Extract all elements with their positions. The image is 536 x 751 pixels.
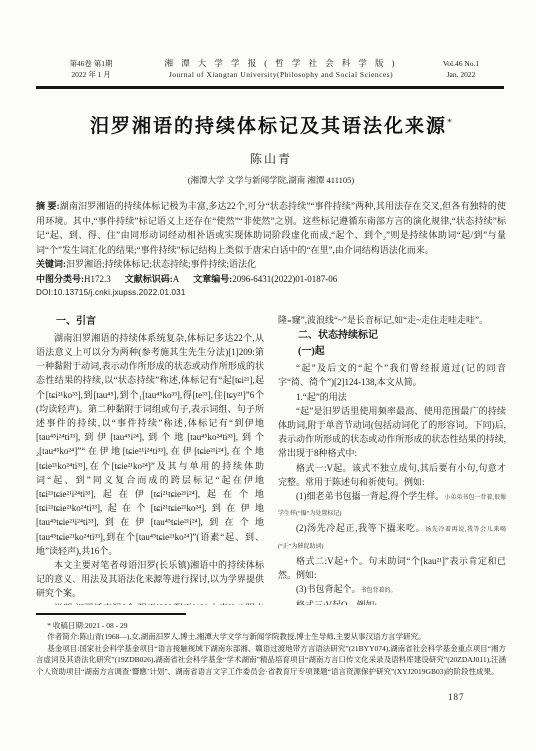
journal-header: 第46卷 第1期 2022 年 1 月 湘 潭 大 学 学 报 ( 哲 学 社 … <box>36 58 506 80</box>
footnote-funding: 基金项目:国家社会科学基金项目“语言接触视域下湖南东部湘、赣语过渡地带方言语法研… <box>36 643 506 678</box>
meta-line: 中图分类号:H172.3文献标识码:A文章编号:2096-6431(2022)0… <box>36 272 506 287</box>
header-issue-block: 第46卷 第1期 2022 年 1 月 <box>36 58 146 80</box>
left-paragraph-3: 说明:汨罗话声调6个,阴平[33],阳平[13],上声[24],阴去[45],阳… <box>36 601 264 605</box>
keywords-label: 关键词: <box>36 259 66 269</box>
left-paragraph-1: 湖南汨罗湘语的持续体系统复杂,体标记多达22个,从语法意义上可以分为两种(参考施… <box>36 331 264 558</box>
author-name: 陈山青 <box>36 150 506 167</box>
clc-value: H172.3 <box>84 274 111 284</box>
header-vol-block: Vol.46 No.1 Jan. 2022 <box>416 58 506 80</box>
footnote-mark: * <box>47 621 51 630</box>
example-3-gloss: 书包背着的。 <box>361 588 397 594</box>
right-paragraph-3: “起”是汨罗话里使用频率最高、使用范围最广的持续体助词,附于单音节动词(包括动词… <box>278 404 506 461</box>
footnote-rule <box>36 613 186 615</box>
title-footnote-mark: * <box>447 118 452 129</box>
section-1-heading: 一、引言 <box>36 315 264 329</box>
example-3: (3)书包背起个。书包背着的。 <box>278 582 506 598</box>
example-1: (1)细老弟书包㩡一背起,得个学生样。小弟弟书包一背着,很像学生样(“㩡”为处置… <box>278 489 506 521</box>
header-journal-block: 湘 潭 大 学 学 报 ( 哲 学 社 会 科 学 版 ) Journal of… <box>146 58 416 80</box>
body-columns: 一、引言 湖南汨罗湘语的持续体系统复杂,体标记多达22个,从语法意义上可以分为两… <box>36 313 506 605</box>
abstract-block: 摘 要:湖南汨罗湘语的持续体标记极为丰富,多达22个,可分“状态持续”“事件持续… <box>36 199 506 301</box>
journal-title-en: Journal of Xiangtan University(Philosoph… <box>146 69 416 80</box>
keywords-text: 汨罗湘语;持续体标记;状态持续;事件持续;语法化 <box>66 259 256 269</box>
right-column: 隆₌窿”,波浪线“~”是长音标记,如“走~走住走哇走哇”。 二、状态持续标记 (… <box>278 313 506 605</box>
journal-page: 第46卷 第1期 2022 年 1 月 湘 潭 大 学 学 报 ( 哲 学 社 … <box>0 0 536 751</box>
right-continuation: 隆₌窿”,波浪线“~”是长音标记,如“走~走住走哇走哇”。 <box>278 313 506 327</box>
doc-code-value: A <box>173 274 180 284</box>
received-date: 2021 - 08 - 29 <box>85 621 128 630</box>
page-number: 187 <box>448 692 465 702</box>
clc-label: 中图分类号: <box>36 274 84 284</box>
doc-code-label: 文献标识码: <box>125 274 173 284</box>
right-paragraph-2: 1.“起”的用法 <box>278 390 506 404</box>
date-en: Jan. 2022 <box>416 69 506 80</box>
right-paragraph-1: “起”及后文的“起个”我们曾经报道过(记的同音字“徛、徛个”)[2]124-13… <box>278 361 506 389</box>
journal-title-cn: 湘 潭 大 学 学 报 ( 哲 学 社 会 科 学 版 ) <box>146 58 416 69</box>
funding-text: 国家社会科学基金项目“语言接触视域下湖南东部湘、赣语过渡地带方言语法研究”(21… <box>36 644 506 676</box>
keywords-line: 关键词:汨罗湘语;持续体标记;状态持续;事件持续;语法化 <box>36 257 506 272</box>
author-affiliation: (湘潭大学 文学与新闻学院,湖南 湘潭 411105) <box>36 174 506 186</box>
bio-label: 作者简介: <box>47 632 79 641</box>
right-paragraph-4: 格式一:V起。该式不独立成句,其后要有小句,句意才完整。常用于陈述句和祈使句。例… <box>278 461 506 489</box>
section-2-heading: 二、状态持续标记 <box>278 329 506 343</box>
vol-en: Vol.46 No.1 <box>416 58 506 69</box>
bio-text: 陈山青(1968—),女,湖南汨罗人,博士,湘潭大学文学与新闻学院教授,博士生导… <box>79 632 425 641</box>
abstract-label: 摘 要: <box>36 201 60 211</box>
left-paragraph-2: 本文主要对笔者母语汨罗(长乐镇)湘语中的持续体标记的意义、用法及其语法化来源等进… <box>36 558 264 601</box>
funding-label: 基金项目: <box>47 644 79 653</box>
doi-line: DOI:10.13715/j.cnki.jxupss.2022.01.031 <box>36 286 506 301</box>
article-title: 汨罗湘语的持续体标记及其语法化来源 <box>90 111 447 138</box>
left-column: 一、引言 湖南汨罗湘语的持续体系统复杂,体标记多达22个,从语法意义上可以分为两… <box>36 313 264 605</box>
header-rule <box>36 86 504 89</box>
footnote-block: * 收稿日期:2021 - 08 - 29 作者简介:陈山青(1968—),女,… <box>36 613 506 677</box>
volume-issue: 第46卷 第1期 <box>36 58 146 69</box>
right-paragraph-6: 格式三:V起O。例如: <box>278 598 506 604</box>
subsection-heading: (一)起 <box>278 345 506 359</box>
article-id-value: 2096-6431(2022)01-0187-06 <box>232 274 337 284</box>
date-cn: 2022 年 1 月 <box>36 69 146 80</box>
received-label: 收稿日期: <box>53 621 85 630</box>
footnote-bio: 作者简介:陈山青(1968—),女,湖南汨罗人,博士,湘潭大学文学与新闻学院教授… <box>36 631 506 643</box>
example-2: (2)汤先冷起正,我等下㩡来吃。汤先冷着再说,我等会儿来喝(“正”为催促助词) <box>278 521 506 553</box>
right-paragraph-5: 格式二:V起+个。句末助词“个[kau²¹]”表示肯定和已然。例如: <box>278 554 506 582</box>
abstract-paragraph: 摘 要:湖南汨罗湘语的持续体标记极为丰富,多达22个,可分“状态持续”“事件持续… <box>36 199 506 257</box>
article-id-label: 文章编号: <box>193 274 232 284</box>
abstract-text: 湖南汨罗湘语的持续体标记极为丰富,多达22个,可分“状态持续”“事件持续”两种,… <box>36 201 506 255</box>
footnote-received: * 收稿日期:2021 - 08 - 29 <box>36 620 506 632</box>
